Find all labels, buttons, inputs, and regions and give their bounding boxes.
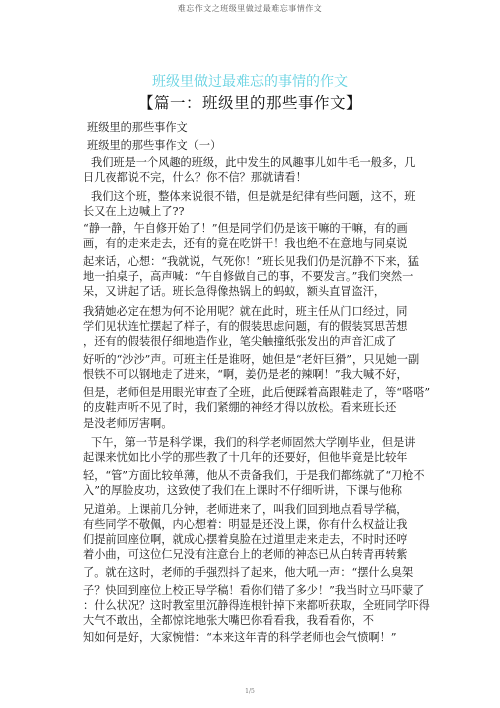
text-line: 学们见状连忙摆起了样子，有的假装思虑问题，有的假装冥思苦想	[83, 319, 407, 334]
text-line: 是没老师厉害啊。	[83, 416, 173, 431]
text-line: ，还有的假装很仔细地造作业，笔尖触撞纸张发出的声音汇成了	[83, 334, 396, 349]
text-line: 的皮鞋声听不见了时，我们紧绷的神经才得以放松。看来班长还	[83, 400, 396, 415]
text-line: 子？快回到座位上校正导学稿！看你们错了多少！”我当时立马吓蒙了	[83, 583, 424, 598]
text-line: 兄道弟。上课前几分钟，老师进来了，叫我们回到地点看导学稿，	[83, 502, 407, 517]
text-line: ：什么状况？这时教室里沉静得连根针掉下来都听获取，全班同学吓得	[83, 598, 430, 613]
text-line: 起课来忧如比小学的那些教了十几年的还要好，但他毕竟是比较年	[83, 450, 407, 465]
text-line: 好听的“沙沙”声。可班主任是谁呀，她但是“老奸巨猾”，只见她一副	[83, 352, 419, 367]
text-line: 班级里的那些事作文（一）	[87, 138, 221, 153]
text-line: 有些同学不敬佩，内心想着：明显是还没上课，你有什么权益让我	[83, 517, 407, 532]
section-title: 【篇一：班级里的那些事作文】	[0, 91, 500, 113]
text-line: 但是，老师但是用眼光审查了全班，此后便踩着高跟鞋走了，等“嗒嗒”	[83, 385, 430, 400]
text-line: 轻，“管”方面比较单薄，他从不责备我们，于是我们都练就了“刀枪不	[83, 468, 425, 483]
text-line: 下午，第一节是科学课，我们的科学老师固然大学刚毕业，但是讲	[91, 435, 415, 450]
text-line: 了。就在这时，老师的手强烈抖了起来，他大吼一声：“摆什么臭架	[83, 565, 413, 580]
page-number: 1/5	[0, 688, 500, 695]
text-line: 画，有的走来走去，还有的竟在吃饼干！我也绝不在意地与同桌说	[83, 236, 407, 251]
text-line: 起来话，心想：“我就说，气死你！”班长见我们仍是沉静不下来，猛	[83, 254, 419, 269]
text-line: 日几夜都说不完，什么？你不信？那就请看！	[83, 170, 307, 185]
document-title: 班级里做过最难忘的事情的作文	[0, 71, 500, 91]
text-line: 大气不敢出，全都惊诧地张大嘴巴你看看我，我看看你，不	[83, 613, 374, 628]
text-line: “静一静，午自修开始了！”但是同学们仍是该干嘛的干嘛，有的画	[83, 221, 408, 236]
text-line: 我们这个班，整体来说很不错，但是就是纪律有些问题，这不，班	[91, 189, 415, 204]
document-header-title: 难忘作文之班级里做过最难忘事情作文	[0, 3, 500, 14]
text-line: 呆，又讲起了话。班长急得像热锅上的蚂蚁，额头直冒盗汗，	[83, 284, 385, 299]
text-line: 我猜她必定在想为何不论用呢？就在此时，班主任从门口经过，同	[83, 304, 407, 319]
text-line: 恨铁不可以钢地走了进来，“啊，姜仍是老的辣啊！”我大喊不好，	[83, 367, 408, 382]
text-line: 知如何是好，大家惋惜：“本来这年青的科学老师也会气愤啊！”	[83, 630, 397, 645]
text-line: 入”的厚脸皮功，这致使了我们在上课时不仔细听讲，下课与他称	[83, 483, 402, 498]
text-line: 长又在上边喊上了??	[83, 204, 185, 219]
text-line: 着小曲，可这位仁兄没有注意台上的老师的神态已从白转青再转紫	[83, 547, 407, 562]
text-line: 班级里的那些事作文	[87, 120, 188, 135]
text-line: 们提前回座位啊，就成心摆着臭脸在过道里走来走去，不时时还哼	[83, 532, 407, 547]
text-line: 我们班是一个风趣的班级，此中发生的风趣事儿如牛毛一般多，几	[91, 155, 415, 170]
text-line: 地一拍桌子，高声喊：“午自修做自己的事，不要发言。”我们突然一	[83, 269, 413, 284]
